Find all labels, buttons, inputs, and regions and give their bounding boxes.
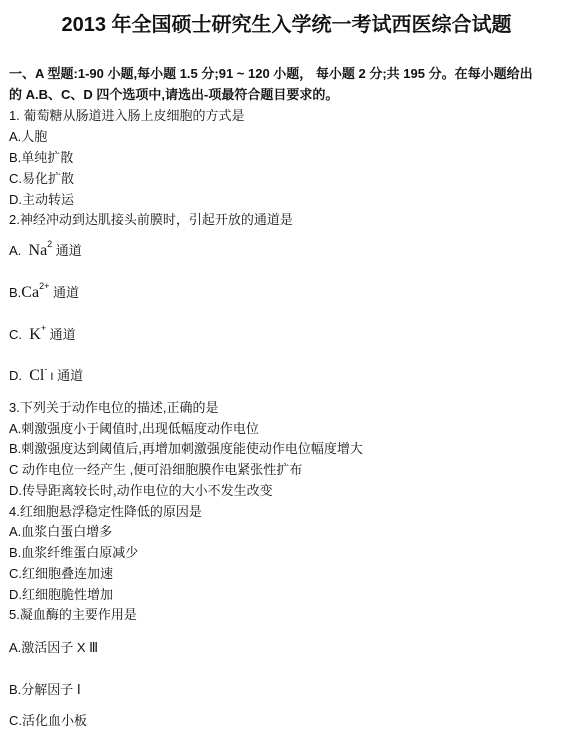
section-instructions-line1: 一、A 型题:1-90 小题,每小题 1.5 分;91 ~ 120 小题， 每小…	[9, 66, 533, 82]
question-1-option-d: D.主动转运	[9, 192, 74, 208]
question-2-option-a: A. Na2 通道	[9, 243, 82, 259]
question-3-option-a: A.刺激强度小于阈值时,出现低幅度动作电位	[9, 421, 259, 437]
question-2-stem: 2.神经冲动到达肌接头前膜时，引起开放的通道是	[9, 212, 293, 228]
question-4-option-d: D.红细胞脆性增加	[9, 587, 113, 603]
option-label: C.	[9, 327, 29, 342]
option-text: 通道	[49, 285, 79, 300]
question-4-stem: 4.红细胞悬浮稳定性降低的原因是	[9, 504, 202, 520]
question-5-stem: 5.凝血酶的主要作用是	[9, 607, 137, 623]
question-1-option-a: A.人胞	[9, 129, 47, 145]
question-4-option-b: B.血浆纤维蛋白原减少	[9, 545, 138, 561]
question-3-option-b: B.刺激强度达到阈值后,再增加刺激强度能使动作电位幅度增大	[9, 441, 363, 457]
question-3-stem: 3.下列关于动作电位的描述,正确的是	[9, 400, 218, 416]
option-label: B.	[9, 285, 21, 300]
question-1-option-b: B.单纯扩散	[9, 150, 73, 166]
question-4-option-a: A.血浆白蛋白增多	[9, 524, 112, 540]
ion-symbol: K	[29, 326, 41, 343]
question-2-option-b: B.Ca2+ 通道	[9, 285, 79, 301]
question-3-option-c: C 动作电位一经产生 ,便可沿细胞膜作电紧张性扩布	[9, 462, 302, 478]
option-label: D.	[9, 368, 29, 383]
question-2-option-c: C. K+ 通道	[9, 327, 76, 343]
ion-charge: 2+	[39, 281, 49, 291]
question-5-option-b: B.分解因子 Ⅰ	[9, 682, 81, 698]
question-3-option-d: D.传导距离较长时,动作电位的大小不发生改变	[9, 483, 273, 499]
question-5-option-a: A.激活因子 X Ⅲ	[9, 640, 98, 656]
ion-symbol: Cl	[29, 367, 44, 384]
exam-title: 2013 年全国硕士研究生入学统一考试西医综合试题	[0, 12, 573, 38]
ion-symbol: Na	[29, 242, 48, 259]
question-4-option-c: C.红细胞叠连加速	[9, 566, 113, 582]
option-label: A.	[9, 243, 29, 258]
question-1-option-c: C.易化扩散	[9, 171, 74, 187]
question-5-option-c: C.活化血小板	[9, 713, 87, 729]
option-text: 通道	[53, 368, 83, 383]
option-text: 通道	[52, 243, 82, 258]
ion-symbol: Ca	[21, 284, 39, 301]
option-text: 通道	[46, 327, 76, 342]
question-1-stem: 1. 葡萄糖从肠道进入肠上皮细胞的方式是	[9, 108, 244, 124]
section-instructions-line2: 的 A.B、C、D 四个选项中,请选出-项最符合题目要求的。	[9, 87, 338, 103]
question-2-option-d: D. Cl- I 通道	[9, 368, 83, 385]
